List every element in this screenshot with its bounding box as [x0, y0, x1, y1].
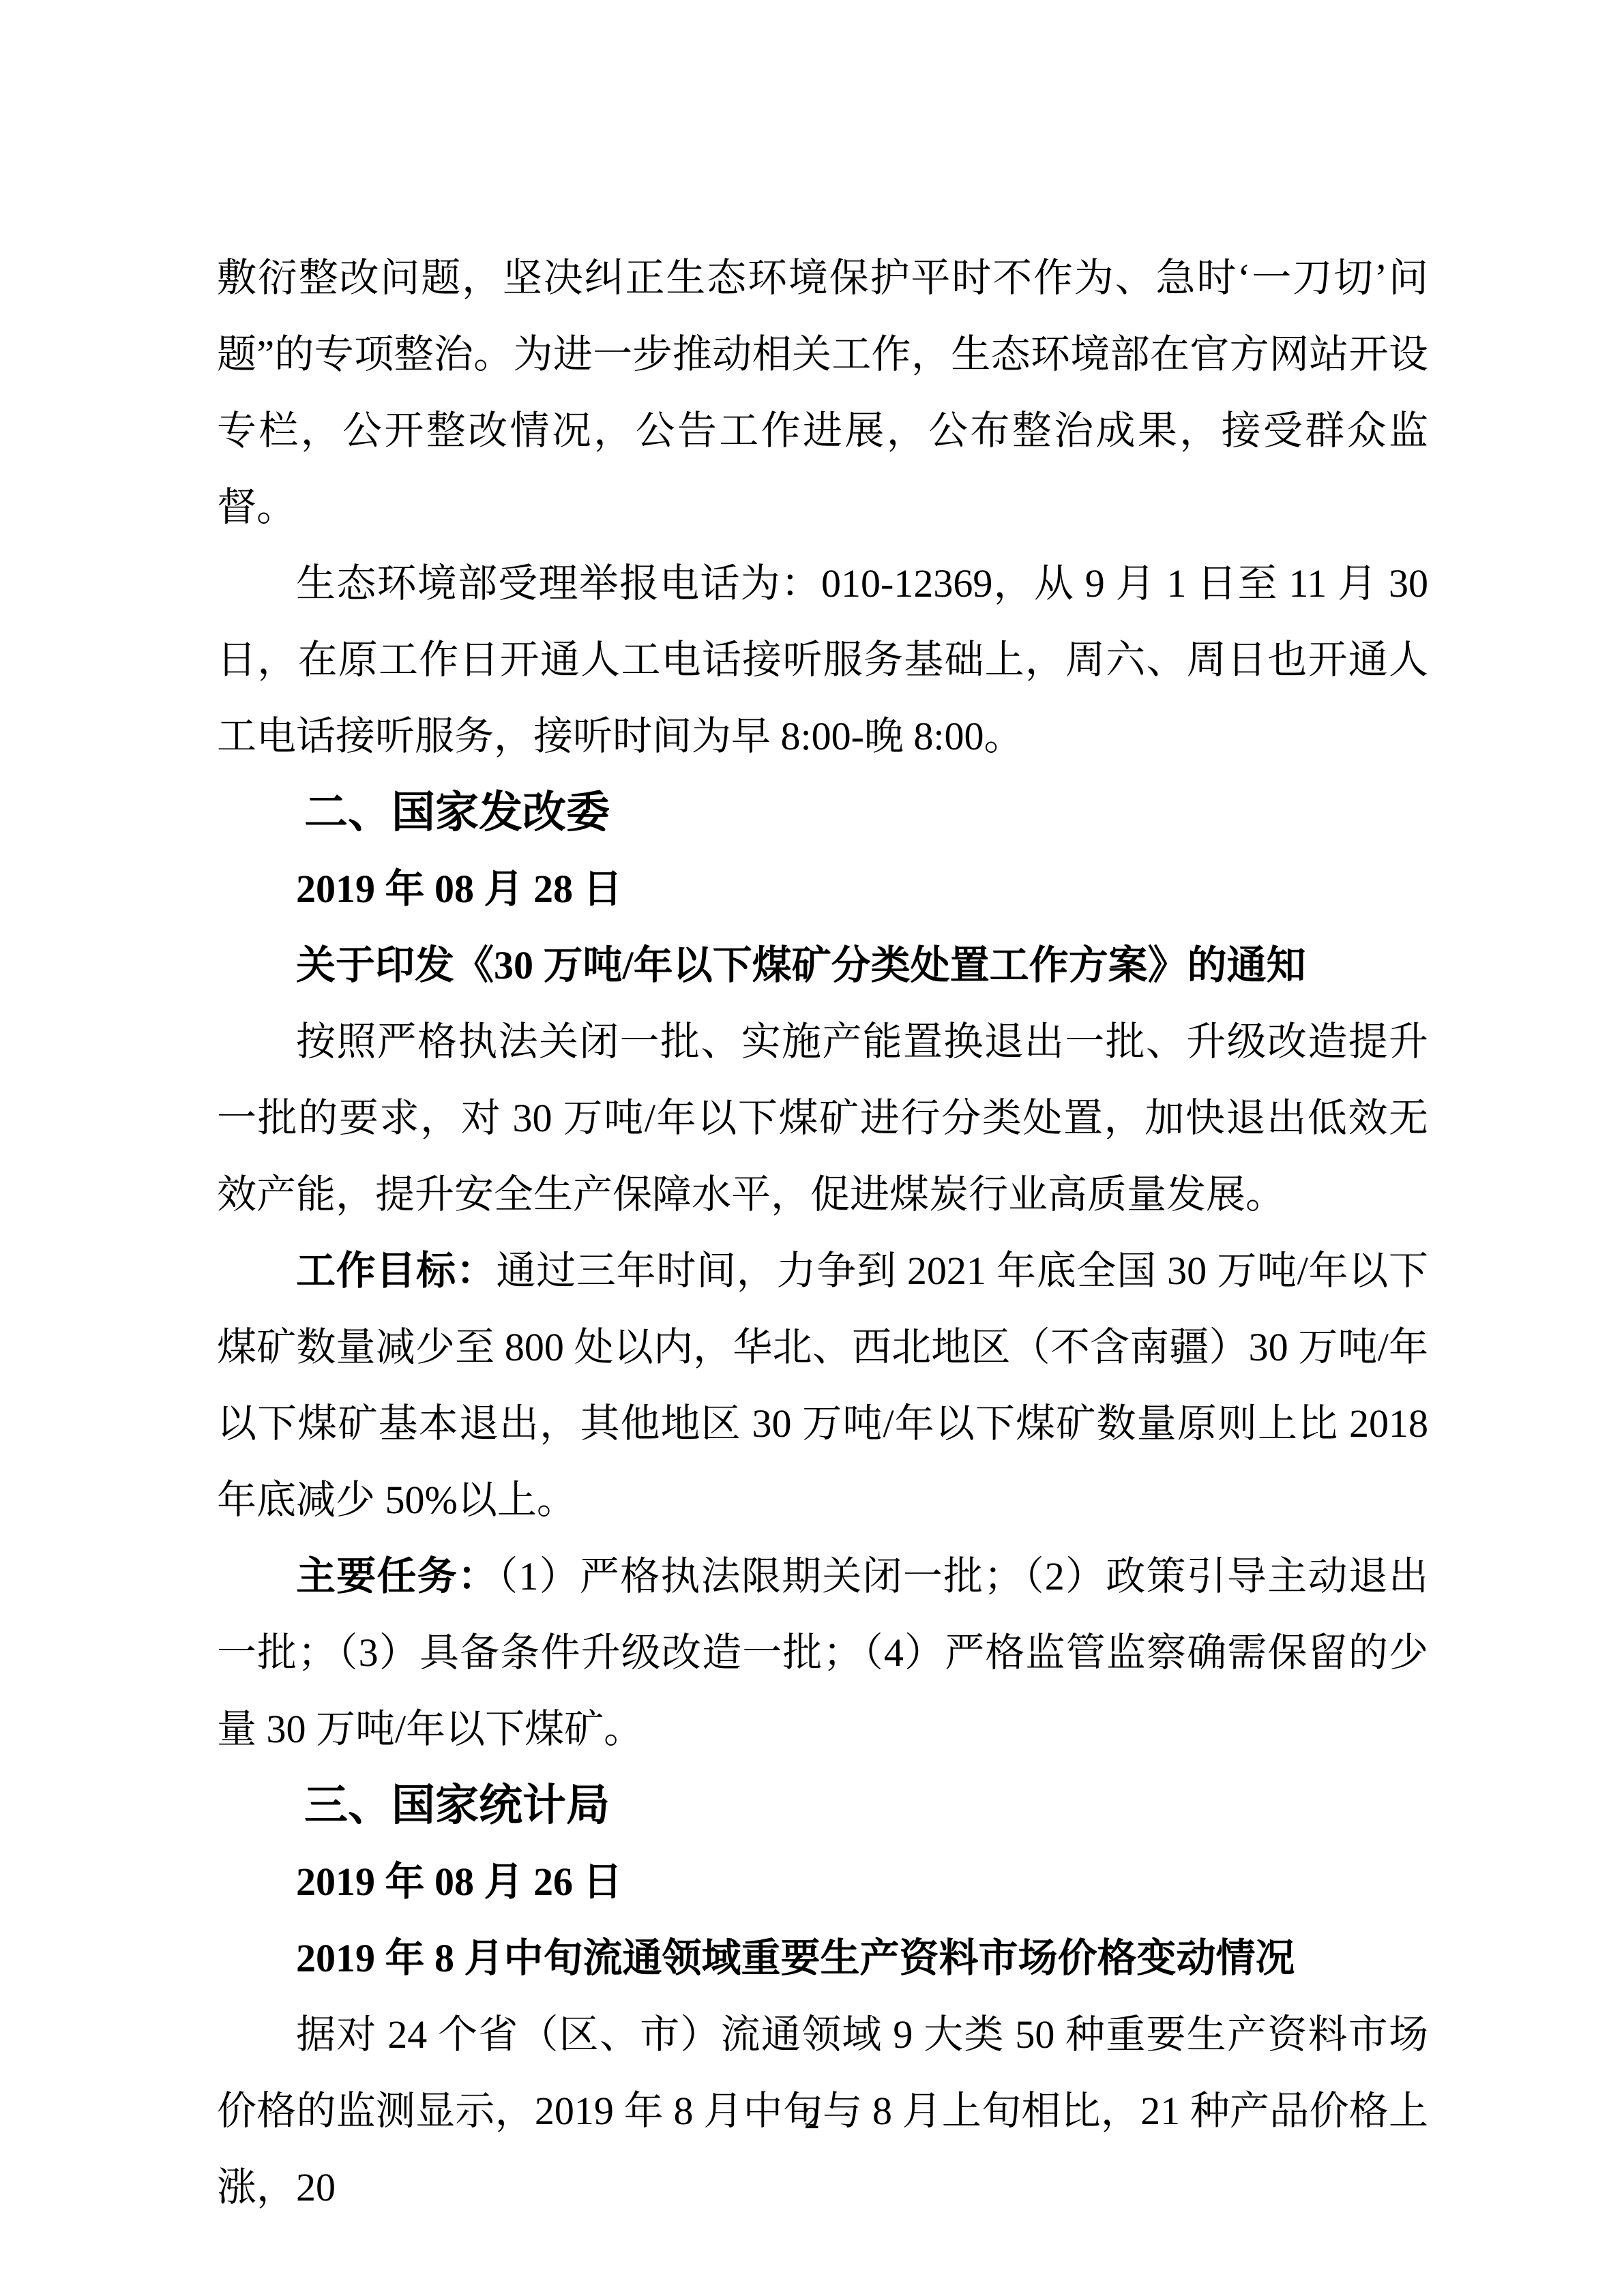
doc-title: 2019 年 8 月中旬流通领域重要生产资料市场价格变动情况	[217, 1920, 1428, 1997]
document-body: 敷衍整改问题，坚决纠正生态环境保护平时不作为、急时‘一刀切’问题”的专项整治。为…	[217, 240, 1428, 2226]
paragraph: 工作目标：通过三年时间，力争到 2021 年底全国 30 万吨/年以下煤矿数量减…	[217, 1233, 1428, 1538]
paragraph: 敷衍整改问题，坚决纠正生态环境保护平时不作为、急时‘一刀切’问题”的专项整治。为…	[217, 240, 1428, 546]
paragraph: 按照严格执法关闭一批、实施产能置换退出一批、升级改造提升一批的要求，对 30 万…	[217, 1004, 1428, 1233]
section-heading: 三、国家统计局	[217, 1768, 1428, 1844]
paragraph: 生态环境部受理举报电话为：010-12369，从 9 月 1 日至 11 月 3…	[217, 546, 1428, 775]
document-page: 敷衍整改问题，坚决纠正生态环境保护平时不作为、急时‘一刀切’问题”的专项整治。为…	[0, 0, 1624, 2296]
section-heading: 二、国家发改委	[217, 775, 1428, 851]
doc-date: 2019 年 08 月 26 日	[217, 1844, 1428, 1920]
doc-date: 2019 年 08 月 28 日	[217, 851, 1428, 927]
paragraph: 主要任务：（1）严格执法限期关闭一批；（2）政策引导主动退出一批；（3）具备条件…	[217, 1538, 1428, 1768]
bold-lead-label: 工作目标：	[296, 1249, 497, 1293]
page-number: 2	[804, 2100, 820, 2135]
page-footer: 2	[0, 2099, 1624, 2136]
doc-title: 关于印发《30 万吨/年以下煤矿分类处置工作方案》的通知	[217, 927, 1428, 1004]
bold-lead-label: 主要任务：	[296, 1554, 498, 1598]
